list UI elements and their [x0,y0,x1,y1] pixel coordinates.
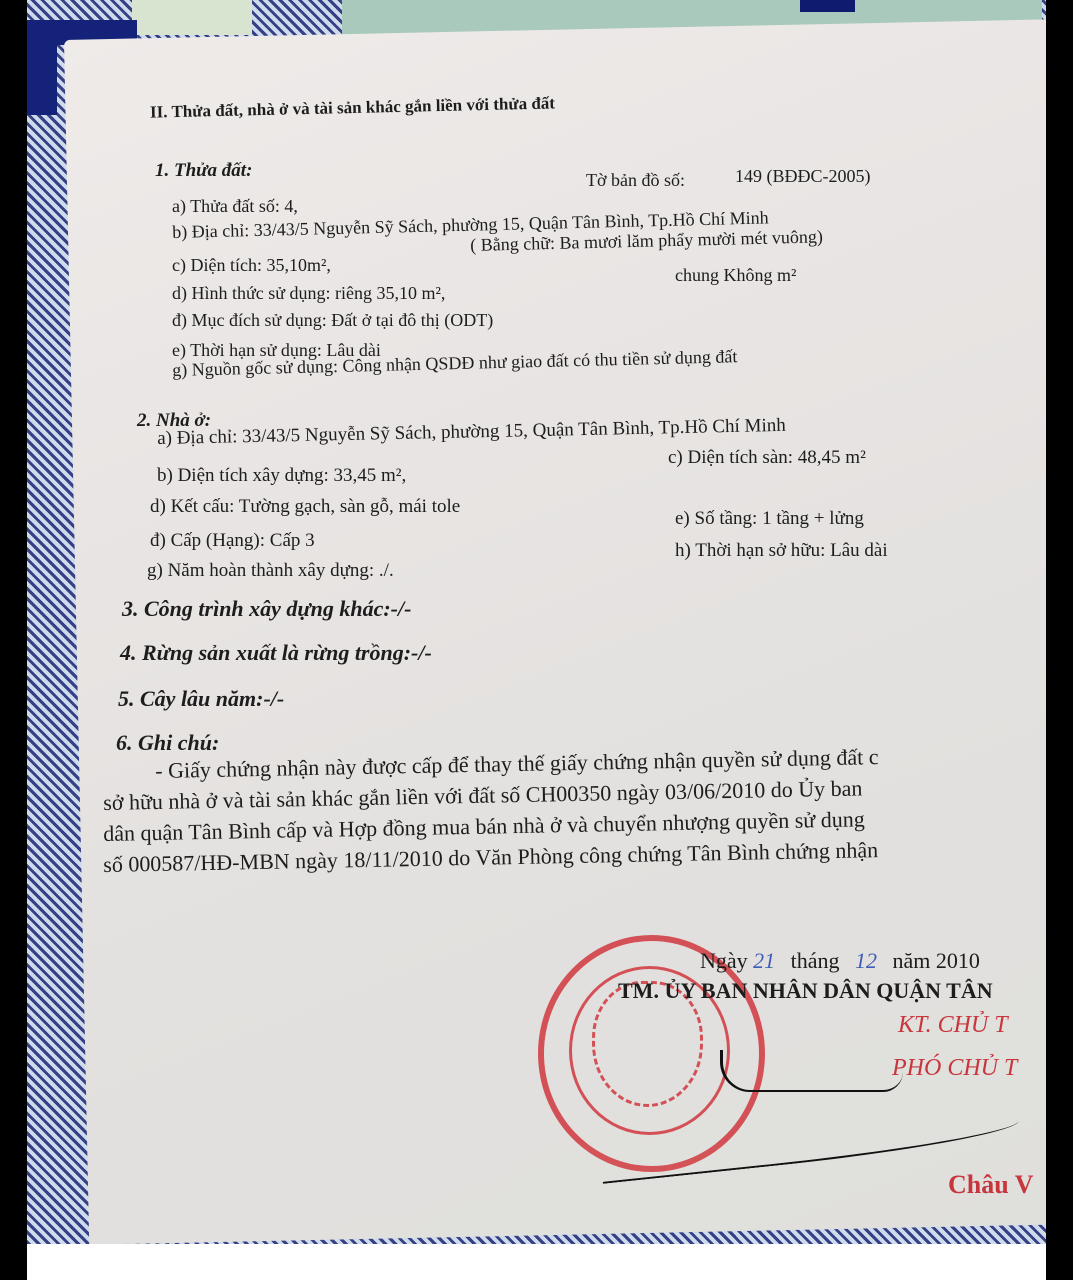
map-sheet-label: Tờ bản đồ số: [586,170,685,191]
other-construction: 3. Công trình xây dựng khác:-/- [122,596,411,622]
signer-name: Châu V [948,1170,1034,1200]
land-heading: 1. Thửa đất: [155,160,252,182]
house-floors: e) Số tầng: 1 tầng + lửng [675,508,864,530]
usage-shared: chung Không m² [675,265,796,286]
signer-role-1: KT. CHỦ T [898,1012,1008,1039]
issuing-authority: TM. ỦY BAN NHÂN DÂN QUẬN TÂN [618,978,993,1004]
section-title: II. Thửa đất, nhà ở và tài sản khác gắn … [150,93,555,122]
house-address: a) Địa chỉ: 33/43/5 Nguyễn Sỹ Sách, phườ… [157,415,786,450]
house-year-completed: g) Năm hoàn thành xây dựng: ./. [147,560,394,582]
house-floor-area: c) Diện tích sàn: 48,45 m² [668,447,866,469]
certificate-page: II. Thửa đất, nhà ở và tài sản khác gắn … [0,0,1046,1244]
land-area: c) Diện tích: 35,10m², [172,255,331,276]
house-grade: đ) Cấp (Hạng): Cấp 3 [150,530,315,552]
signature-date: Ngày 21 tháng 12 năm 2010 [700,948,980,974]
perennial-trees: 5. Cây lâu năm:-/- [118,686,284,712]
parcel-number: a) Thửa đất số: 4, [172,196,298,217]
house-structure: d) Kết cấu: Tường gạch, sàn gỗ, mái tole [150,496,460,518]
signer-role-2: PHÓ CHỦ T [892,1055,1017,1082]
house-build-area: b) Diện tích xây dựng: 33,45 m², [157,465,406,487]
usage-form: d) Hình thức sử dụng: riêng 35,10 m², [172,283,445,304]
production-forest: 4. Rừng sản xuất là rừng trồng:-/- [120,640,432,666]
date-month: 12 [855,948,877,973]
date-day: 21 [753,948,775,973]
usage-purpose: đ) Mục đích sử dụng: Đất ở tại đô thị (O… [172,310,493,331]
notes-heading: 6. Ghi chú: [116,730,219,756]
map-sheet-value: 149 (BĐĐC-2005) [735,166,871,187]
house-ownership-term: h) Thời hạn sở hữu: Lâu dài [675,540,888,562]
handwritten-signature [720,1050,903,1092]
viewer-bottom-bar [27,1244,1046,1280]
